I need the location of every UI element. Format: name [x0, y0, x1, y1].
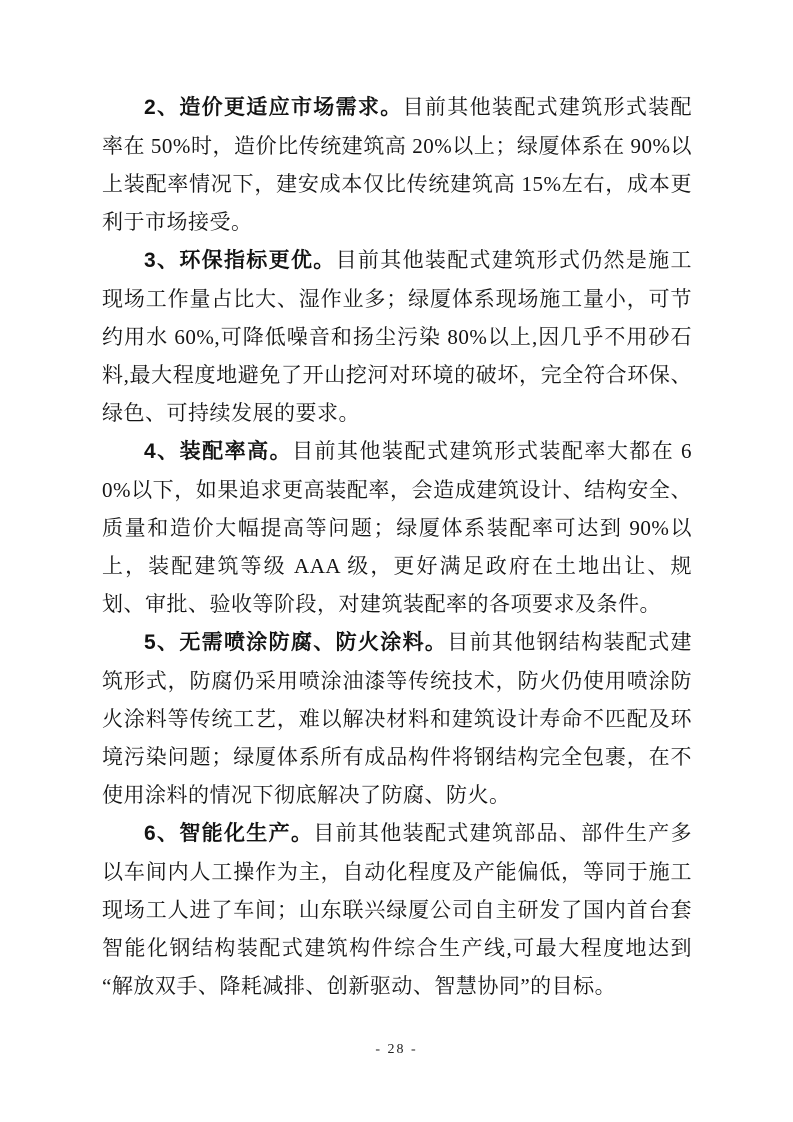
paragraph-3: 3、环保指标更优。目前其他装配式建筑形式仍然是施工现场工作量占比大、湿作业多；绿… — [102, 241, 692, 432]
paragraph-4: 4、装配率高。目前其他装配式建筑形式装配率大都在 60%以下，如果追求更高装配率… — [102, 432, 692, 623]
paragraph-5-text: 目前其他钢结构装配式建筑形式，防腐仍采用喷涂油漆等传统技术，防火仍使用喷涂防火涂… — [102, 630, 692, 807]
paragraph-4-text: 目前其他装配式建筑形式装配率大都在 60%以下，如果追求更高装配率，会造成建筑设… — [102, 439, 692, 616]
paragraph-4-heading: 4、装配率高。 — [144, 440, 292, 463]
document-page: 2、造价更适应市场需求。目前其他装配式建筑形式装配率在 50%时，造价比传统建筑… — [0, 0, 793, 1122]
paragraph-2: 2、造价更适应市场需求。目前其他装配式建筑形式装配率在 50%时，造价比传统建筑… — [102, 88, 692, 241]
paragraph-6-heading: 6、智能化生产。 — [144, 822, 313, 845]
document-body: 2、造价更适应市场需求。目前其他装配式建筑形式装配率在 50%时，造价比传统建筑… — [102, 88, 692, 1005]
paragraph-5-heading: 5、无需喷涂防腐、防火涂料。 — [144, 631, 447, 654]
paragraph-6-text: 目前其他装配式建筑部品、部件生产多以车间内人工操作为主，自动化程度及产能偏低，等… — [102, 821, 692, 998]
paragraph-2-heading: 2、造价更适应市场需求。 — [144, 96, 403, 119]
paragraph-6: 6、智能化生产。目前其他装配式建筑部品、部件生产多以车间内人工操作为主，自动化程… — [102, 814, 692, 1005]
paragraph-3-heading: 3、环保指标更优。 — [144, 249, 336, 272]
paragraph-5: 5、无需喷涂防腐、防火涂料。目前其他钢结构装配式建筑形式，防腐仍采用喷涂油漆等传… — [102, 623, 692, 814]
paragraph-3-text: 目前其他装配式建筑形式仍然是施工现场工作量占比大、湿作业多；绿厦体系现场施工量小… — [102, 248, 692, 425]
page-number: - 28 - — [375, 1042, 417, 1057]
page-footer: - 28 - — [0, 1040, 793, 1058]
